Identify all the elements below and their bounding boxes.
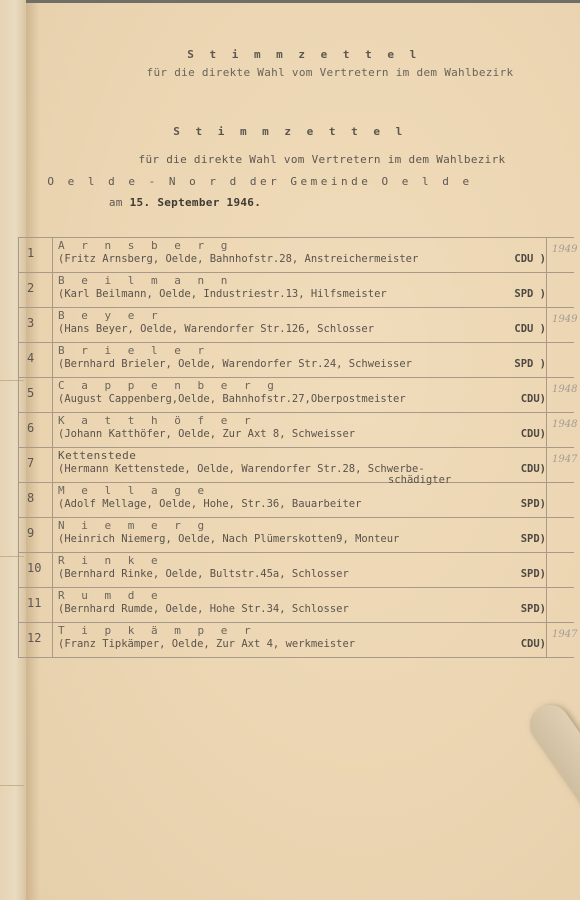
column-divider <box>546 588 547 622</box>
candidate-number: 10 <box>18 553 53 587</box>
candidate-surname: N i e m e r g <box>58 519 209 532</box>
candidate-number: 6 <box>18 413 53 447</box>
margin-year: 1948 <box>552 419 577 430</box>
candidate-party: CDU) <box>521 428 546 440</box>
candidate-surname: R u m d e <box>58 589 163 602</box>
candidate-row: 5 C a p p e n b e r g (August Cappenberg… <box>18 378 574 413</box>
margin-year: 1947 <box>552 454 577 465</box>
candidate-number: 12 <box>18 623 53 657</box>
election-date: am 15. September 1946. <box>0 196 475 209</box>
margin-year: 1948 <box>552 384 577 395</box>
candidate-row: 9 N i e m e r g (Heinrich Niemerg, Oelde… <box>18 518 574 553</box>
candidate-table: 1 A r n s b e r g (Fritz Arnsberg, Oelde… <box>18 237 574 658</box>
date-value: 15. September 1946. <box>130 196 262 209</box>
candidate-number: 3 <box>18 308 53 342</box>
candidate-party: CDU) <box>521 393 546 405</box>
candidate-party: CDU ) <box>514 323 546 335</box>
candidate-row: 4 B r i e l e r (Bernhard Brieler, Oelde… <box>18 343 574 378</box>
candidate-row: 3 B e y e r (Hans Beyer, Oelde, Warendor… <box>18 308 574 343</box>
candidate-detail: (Johann Katthöfer, Oelde, Zur Axt 8, Sch… <box>58 428 355 440</box>
candidate-party: CDU ) <box>514 253 546 265</box>
candidate-row: 2 B e i l m a n n (Karl Beilmann, Oelde,… <box>18 273 574 308</box>
candidate-detail: (Franz Tipkämper, Oelde, Zur Axt 4, werk… <box>58 638 355 650</box>
column-divider <box>546 518 547 552</box>
candidate-detail: (Adolf Mellage, Oelde, Hohe, Str.36, Bau… <box>58 498 361 510</box>
candidate-row: 10 R i n k e (Bernhard Rinke, Oelde, Bul… <box>18 553 574 588</box>
candidate-surname: M e l l a g e <box>58 484 209 497</box>
candidate-party: SPD) <box>521 498 546 510</box>
column-divider <box>546 448 547 482</box>
candidate-row: 11 R u m d e (Bernhard Rumde, Oelde, Hoh… <box>18 588 574 623</box>
candidate-surname: B e i l m a n n <box>58 274 232 287</box>
candidate-detail: (Bernhard Rinke, Oelde, Bultstr.45a, Sch… <box>58 568 349 580</box>
candidate-detail: (Fritz Arnsberg, Oelde, Bahnhofstr.28, A… <box>58 253 418 265</box>
candidate-surname: A r n s b e r g <box>58 239 232 252</box>
candidate-party: SPD) <box>521 568 546 580</box>
candidate-number: 4 <box>18 343 53 377</box>
column-divider <box>546 273 547 307</box>
candidate-party: SPD ) <box>514 358 546 370</box>
candidate-party: CDU) <box>521 638 546 650</box>
column-divider <box>546 308 547 342</box>
candidate-row: 7 Kettenstede (Hermann Kettenstede, Oeld… <box>18 448 574 483</box>
candidate-party: SPD) <box>521 533 546 545</box>
candidate-surname: Kettenstede <box>58 449 136 462</box>
candidate-detail: (August Cappenberg,Oelde, Bahnhofstr.27,… <box>58 393 406 405</box>
candidate-party: SPD) <box>521 603 546 615</box>
candidate-number: 9 <box>18 518 53 552</box>
margin-year: 1947 <box>552 629 577 640</box>
candidate-number: 5 <box>18 378 53 412</box>
candidate-number: 11 <box>18 588 53 622</box>
margin-year: 1949 <box>552 314 577 325</box>
candidate-surname: R i n k e <box>58 554 163 567</box>
candidate-number: 2 <box>18 273 53 307</box>
margin-year: 1949 <box>552 244 577 255</box>
candidate-row: 12 T i p k ä m p e r (Franz Tipkämper, O… <box>18 623 574 658</box>
candidate-row: 6 K a t t h ö f e r (Johann Katthöfer, O… <box>18 413 574 448</box>
column-divider <box>546 483 547 517</box>
candidate-number: 8 <box>18 483 53 517</box>
candidate-surname: C a p p e n b e r g <box>58 379 279 392</box>
column-divider <box>546 343 547 377</box>
candidate-surname: B e y e r <box>58 309 163 322</box>
column-divider <box>546 623 547 657</box>
candidate-party: SPD ) <box>514 288 546 300</box>
overstrike-subtitle: für die direkte Wahl vom Vertretern im d… <box>40 66 580 79</box>
candidate-detail: (Hans Beyer, Oelde, Warendorfer Str.126,… <box>58 323 374 335</box>
candidate-detail: (Hermann Kettenstede, Oelde, Warendorfer… <box>58 463 425 475</box>
candidate-surname: K a t t h ö f e r <box>58 414 256 427</box>
column-divider <box>546 378 547 412</box>
column-divider <box>546 553 547 587</box>
column-divider <box>546 238 547 272</box>
overstrike-title: S t i m m z e t t e l <box>14 48 580 61</box>
candidate-row: 1 A r n s b e r g (Fritz Arnsberg, Oelde… <box>18 238 574 273</box>
candidate-surname: T i p k ä m p e r <box>58 624 256 637</box>
date-prefix: am <box>109 196 123 209</box>
candidate-row: 8 M e l l a g e (Adolf Mellage, Oelde, H… <box>18 483 574 518</box>
candidate-surname: B r i e l e r <box>58 344 209 357</box>
candidate-detail: (Karl Beilmann, Oelde, Industriestr.13, … <box>58 288 387 300</box>
candidate-party: CDU) <box>521 463 546 475</box>
column-divider <box>546 413 547 447</box>
candidate-number: 1 <box>18 238 53 272</box>
document-subtitle: für die direkte Wahl vom Vertretern im d… <box>32 153 580 166</box>
district-line: O e l d e - N o r d der Gemeinde O e l d… <box>0 175 550 188</box>
document-title: S t i m m z e t t e l <box>0 125 580 138</box>
candidate-detail: (Bernhard Rumde, Oelde, Hohe Str.34, Sch… <box>58 603 349 615</box>
candidate-detail: (Bernhard Brieler, Oelde, Warendorfer St… <box>58 358 412 370</box>
candidate-number: 7 <box>18 448 53 482</box>
candidate-detail: (Heinrich Niemerg, Oelde, Nach Plümersko… <box>58 533 399 545</box>
